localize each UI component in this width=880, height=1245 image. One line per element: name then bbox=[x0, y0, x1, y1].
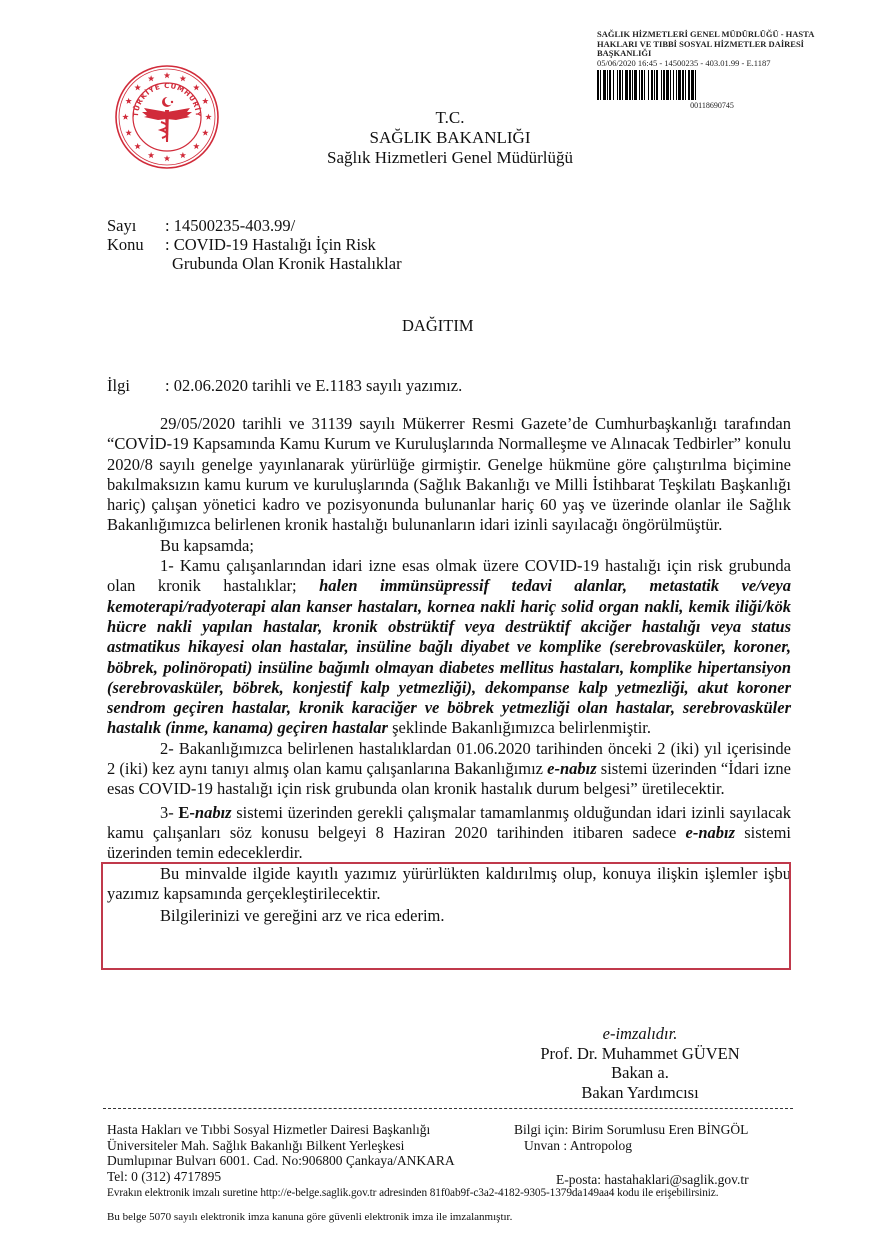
contact-title: Unvan : Antropolog bbox=[514, 1138, 748, 1154]
paragraph: 2- Bakanlığımızca belirlenen hastalıklar… bbox=[107, 739, 791, 800]
footer-contact: Bilgi için: Birim Sorumlusu Eren BİNGÖL … bbox=[514, 1122, 748, 1153]
header-ministry: SAĞLIK BAKANLIĞI bbox=[300, 128, 600, 148]
barcode-icon bbox=[597, 70, 819, 100]
paragraph: 1- Kamu çalışanlarından idari izne esas … bbox=[107, 556, 791, 739]
letterhead: T.C. SAĞLIK BAKANLIĞI Sağlık Hizmetleri … bbox=[300, 108, 600, 168]
barcode-stamp-text: 05/06/2020 16:45 - 14500235 - 403.01.99 … bbox=[597, 59, 827, 69]
signature-block: e-imzalıdır. Prof. Dr. Muhammet GÜVEN Ba… bbox=[520, 1024, 760, 1102]
konu-value: : COVID-19 Hastalığı İçin Risk bbox=[165, 235, 376, 254]
footer-phone: Tel: 0 (312) 4717895 bbox=[107, 1169, 455, 1185]
footer-line: Dumlupınar Bulvarı 6001. Cad. No:906800 … bbox=[107, 1153, 455, 1169]
sayi-label: Sayı bbox=[107, 216, 165, 235]
svg-text:TÜRKİYE CUMHURİYETİ SAĞLIK BAK: TÜRKİYE CUMHURİYETİ SAĞLIK BAKANLIĞI bbox=[114, 64, 202, 118]
header-directorate: Sağlık Hizmetleri Genel Müdürlüğü bbox=[300, 148, 600, 168]
enabiz-term: e-nabız bbox=[547, 759, 597, 778]
disease-list: halen immünsüpressif tedavi alanlar, met… bbox=[107, 576, 791, 737]
reference-line: İlgi: 02.06.2020 tarihli ve E.1183 sayıl… bbox=[107, 376, 462, 395]
document-meta: Sayı: 14500235-403.99/ Konu: COVID-19 Ha… bbox=[107, 216, 402, 273]
ministry-of-health-seal-icon: TÜRKİYE CUMHURİYETİ SAĞLIK BAKANLIĞI bbox=[114, 64, 220, 170]
signer-title: Bakan a. bbox=[520, 1063, 760, 1083]
ilgi-value: : 02.06.2020 tarihli ve E.1183 sayılı ya… bbox=[165, 376, 462, 395]
footer-address: Hasta Hakları ve Tıbbi Sosyal Hizmetler … bbox=[107, 1122, 455, 1184]
signature-law-note: Bu belge 5070 sayılı elektronik imza kan… bbox=[107, 1211, 512, 1223]
footer-divider bbox=[103, 1108, 793, 1109]
highlight-box bbox=[101, 862, 791, 970]
ilgi-label: İlgi bbox=[107, 376, 165, 395]
signer-title: Bakan Yardımcısı bbox=[520, 1083, 760, 1103]
letter-body: 29/05/2020 tarihli ve 31139 sayılı Müker… bbox=[107, 414, 791, 926]
e-signed-label: e-imzalıdır. bbox=[520, 1024, 760, 1044]
footer-line: Üniversiteler Mah. Sağlık Bakanlığı Bilk… bbox=[107, 1138, 455, 1154]
sayi-value: : 14500235-403.99/ bbox=[165, 216, 295, 235]
konu-value-cont: Grubunda Olan Kronik Hastalıklar bbox=[165, 254, 402, 273]
contact-email[interactable]: E-posta: hastahaklari@saglik.gov.tr bbox=[556, 1172, 749, 1188]
barcode-stamp: SAĞLIK HİZMETLERİ GENEL MÜDÜRLÜĞÜ - HAST… bbox=[597, 30, 827, 111]
konu-label: Konu bbox=[107, 235, 165, 254]
enabiz-term: e-nabız bbox=[686, 823, 736, 842]
verification-note: Evrakın elektronik imzalı suretine http:… bbox=[107, 1187, 718, 1199]
paragraph: 3- E-nabız sistemi üzerinden gerekli çal… bbox=[107, 803, 791, 864]
footer-line: Hasta Hakları ve Tıbbi Sosyal Hizmetler … bbox=[107, 1122, 455, 1138]
paragraph: Bu kapsamda; bbox=[107, 536, 791, 556]
distribution-heading: DAĞITIM bbox=[402, 316, 474, 336]
signer-name: Prof. Dr. Muhammet GÜVEN bbox=[520, 1044, 760, 1064]
paragraph: 29/05/2020 tarihli ve 31139 sayılı Müker… bbox=[107, 414, 791, 536]
contact-person: Bilgi için: Birim Sorumlusu Eren BİNGÖL bbox=[514, 1122, 748, 1138]
barcode-number: 00118690745 bbox=[597, 101, 827, 111]
header-tc: T.C. bbox=[300, 108, 600, 128]
